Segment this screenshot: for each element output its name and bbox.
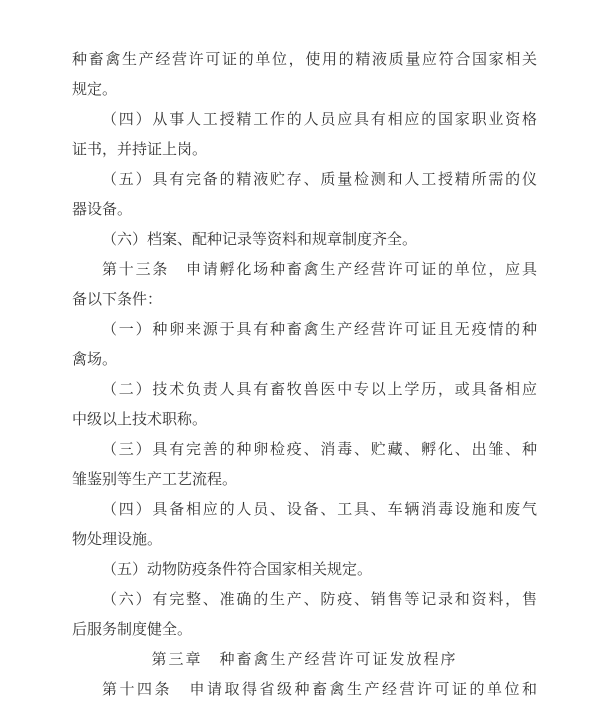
document-page: 种畜禽生产经营许可证的单位，使用的精液质量应符合国家相关规定。（四）从事人工授精… [0, 0, 589, 727]
text-line: （四）具备相应的人员、设备、工具、车辆消毒设施和废气 [72, 495, 537, 525]
text-line: 器设备。 [72, 195, 537, 225]
text-line: 物处理设施。 [72, 525, 537, 555]
text-line: 雏鉴别等生产工艺流程。 [72, 465, 537, 495]
text-line: 中级以上技术职称。 [72, 405, 537, 435]
text-line: 第三章 种畜禽生产经营许可证发放程序 [72, 645, 537, 675]
text-line: 禽场。 [72, 345, 537, 375]
text-line: 种畜禽生产经营许可证的单位，使用的精液质量应符合国家相关 [72, 45, 537, 75]
text-line: （二）技术负责人具有畜牧兽医中专以上学历，或具备相应 [72, 375, 537, 405]
document-body: 种畜禽生产经营许可证的单位，使用的精液质量应符合国家相关规定。（四）从事人工授精… [0, 0, 589, 705]
text-line: 第十四条 申请取得省级种畜禽生产经营许可证的单位和 [72, 675, 537, 705]
text-line: 第十三条 申请孵化场种畜禽生产经营许可证的单位，应具 [72, 255, 537, 285]
text-line: 规定。 [72, 75, 537, 105]
text-line: （三）具有完善的种卵检疫、消毒、贮藏、孵化、出雏、种 [72, 435, 537, 465]
text-line: 证书，并持证上岗。 [72, 135, 537, 165]
text-line: （六）有完整、准确的生产、防疫、销售等记录和资料，售 [72, 585, 537, 615]
text-line: 备以下条件： [72, 285, 537, 315]
text-line: （五）具有完备的精液贮存、质量检测和人工授精所需的仪 [72, 165, 537, 195]
text-line: （六）档案、配种记录等资料和规章制度齐全。 [72, 225, 537, 255]
text-line: （四）从事人工授精工作的人员应具有相应的国家职业资格 [72, 105, 537, 135]
text-line: 后服务制度健全。 [72, 615, 537, 645]
text-line: （一）种卵来源于具有种畜禽生产经营许可证且无疫情的种 [72, 315, 537, 345]
text-line: （五）动物防疫条件符合国家相关规定。 [72, 555, 537, 585]
